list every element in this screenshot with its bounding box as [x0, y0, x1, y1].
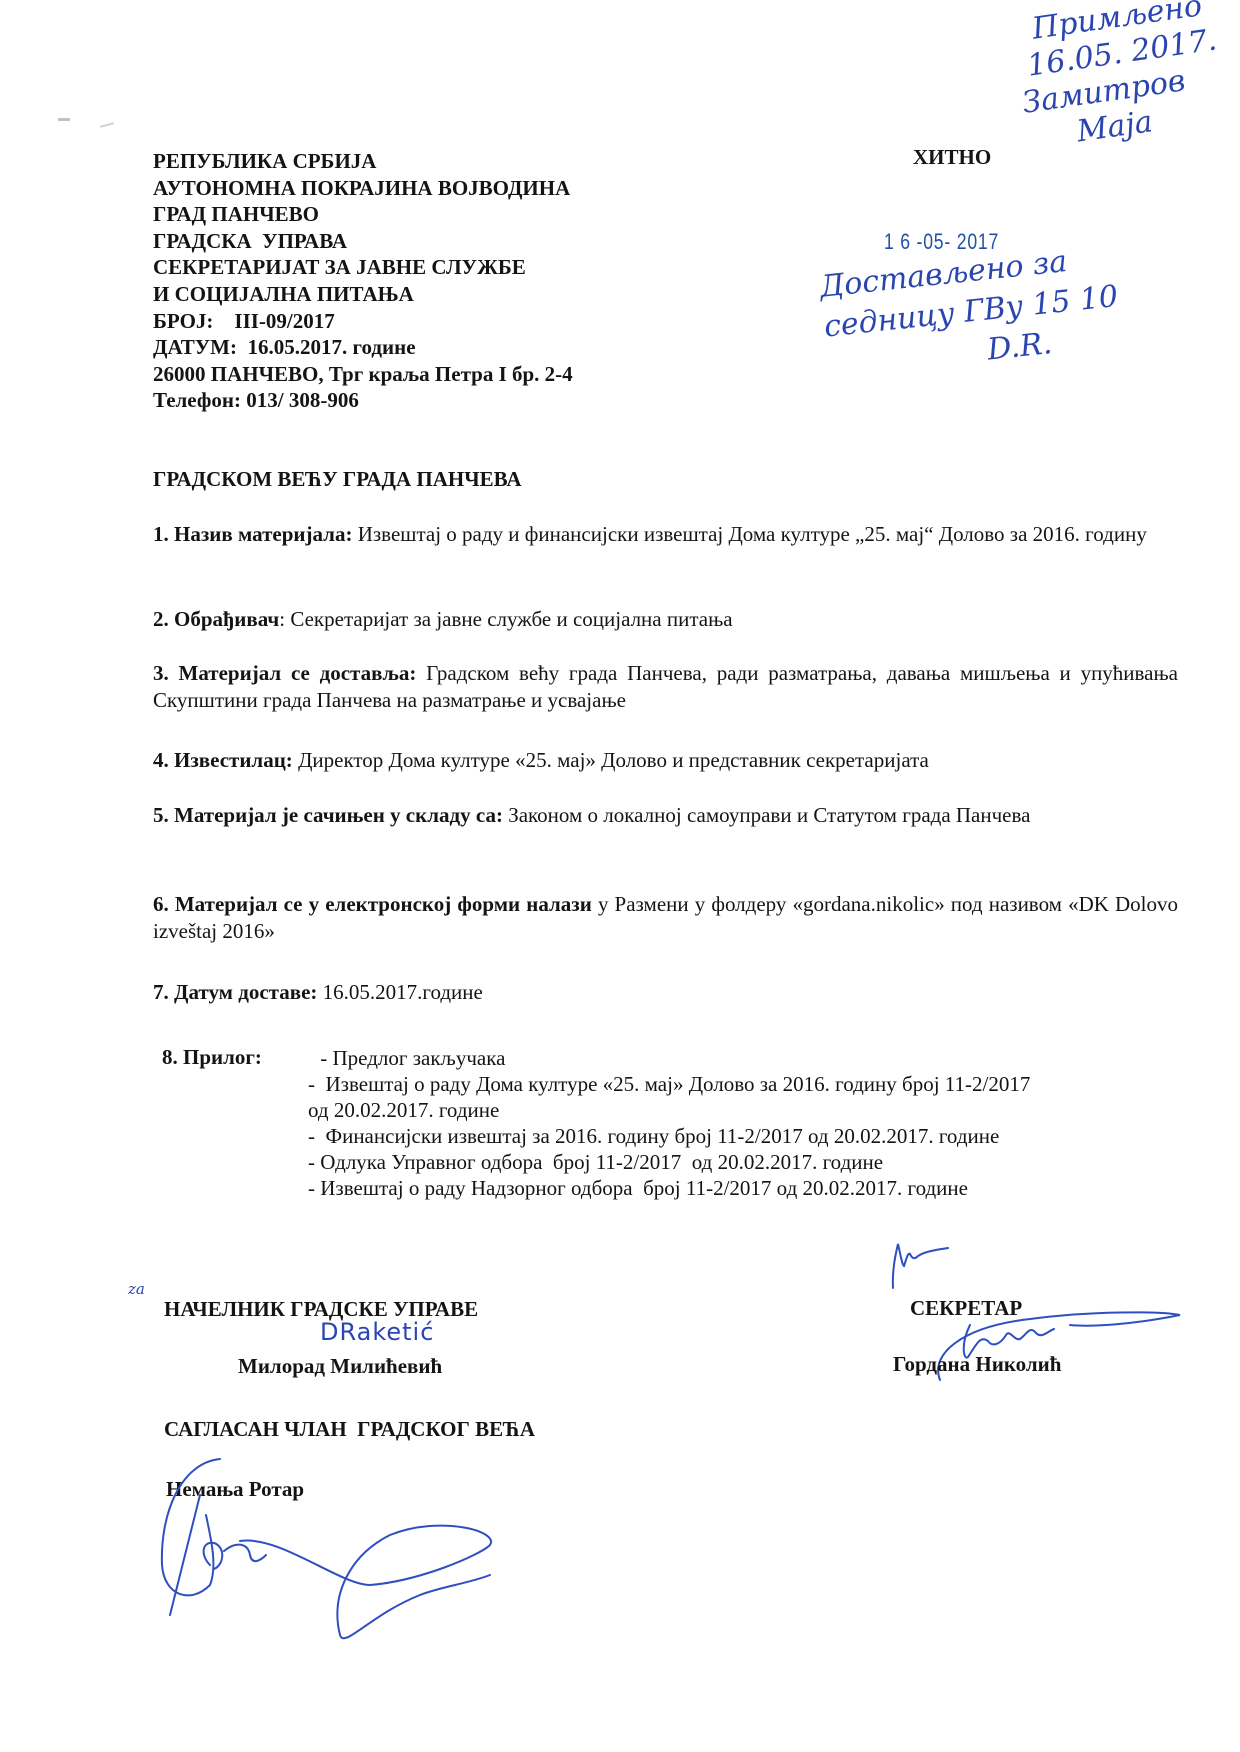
document-number: БРОЈ: III-09/2017	[153, 308, 573, 335]
council-member-signature	[140, 1455, 500, 1655]
header-line: СЕКРЕТАРИЈАТ ЗА ЈАВНЕ СЛУЖБЕ	[153, 254, 573, 281]
handwritten-initials: za	[128, 1280, 145, 1298]
addressee: ГРАДСКОМ ВЕЋУ ГРАДА ПАНЧЕВА	[153, 467, 522, 492]
attachment-item: - Предлог закључака	[315, 1045, 1188, 1071]
secretary-name: Гордана Николић	[893, 1352, 1061, 1377]
header-line: ГРАДСКА УПРАВА	[153, 228, 573, 255]
head-handwritten-signature: DRaketić	[320, 1318, 434, 1346]
header-line: И СОЦИЈАЛНА ПИТАЊА	[153, 281, 573, 308]
document-date: ДАТУМ: 16.05.2017. године	[153, 334, 573, 361]
header-line: РЕПУБЛИКА СРБИЈА	[153, 148, 573, 175]
letterhead: РЕПУБЛИКА СРБИЈА АУТОНОМНА ПОКРАЈИНА ВОЈ…	[153, 148, 573, 414]
header-line: АУТОНОМНА ПОКРАЈИНА ВОЈВОДИНА	[153, 175, 573, 202]
attachment-item: - Извештај о раду Надзорног одбора број …	[308, 1175, 1188, 1201]
head-name: Милорад Милићевић	[238, 1354, 442, 1379]
attachment-item: - Финансијски извештај за 2016. годину б…	[308, 1123, 1188, 1149]
item-delivery-date: 7. Датум доставе: 16.05.2017.године	[153, 979, 1178, 1006]
urgency-label: ХИТНО	[913, 145, 991, 170]
attachments-list: - Предлог закључака - Извештај о раду До…	[308, 1045, 1188, 1201]
attachment-item: - Извештај о раду Дома културе «25. мај»…	[308, 1071, 1188, 1123]
council-member-title: САГЛАСАН ЧЛАН ГРАДСКОГ ВЕЋА	[164, 1417, 535, 1442]
attachment-item: - Одлука Управног одбора број 11-2/2017 …	[308, 1149, 1188, 1175]
scan-speck	[100, 122, 114, 128]
handwritten-received-note: Примљено 16.05. 2017. Замитров Маја	[1030, 0, 1229, 155]
phone: Телефон: 013/ 308-906	[153, 387, 573, 414]
item-delivered-to: 3. Материјал се доставља: Градском већу …	[153, 660, 1178, 714]
secretary-initials-signature	[890, 1240, 950, 1290]
item-legal-basis: 5. Материјал је сачињен у складу са: Зак…	[153, 802, 1178, 829]
header-line: ГРАД ПАНЧЕВО	[153, 201, 573, 228]
handwritten-delivery-note: Достављено за седницу ГВу 15 10 D.R.	[818, 237, 1124, 387]
item-processor: 2. Обрађивач: Секретаријат за јавне служ…	[153, 606, 1178, 633]
scan-speck	[58, 118, 70, 121]
item-material-name: 1. Назив материјала: Извештај о раду и ф…	[153, 521, 1178, 548]
item-electronic-location: 6. Материјал се у електронској форми нал…	[153, 891, 1178, 945]
item-reporter: 4. Известилац: Директор Дома културе «25…	[153, 747, 1178, 774]
address: 26000 ПАНЧЕВО, Трг краља Петра I бр. 2-4	[153, 361, 573, 388]
attachments-label: 8. Прилог:	[162, 1045, 262, 1070]
